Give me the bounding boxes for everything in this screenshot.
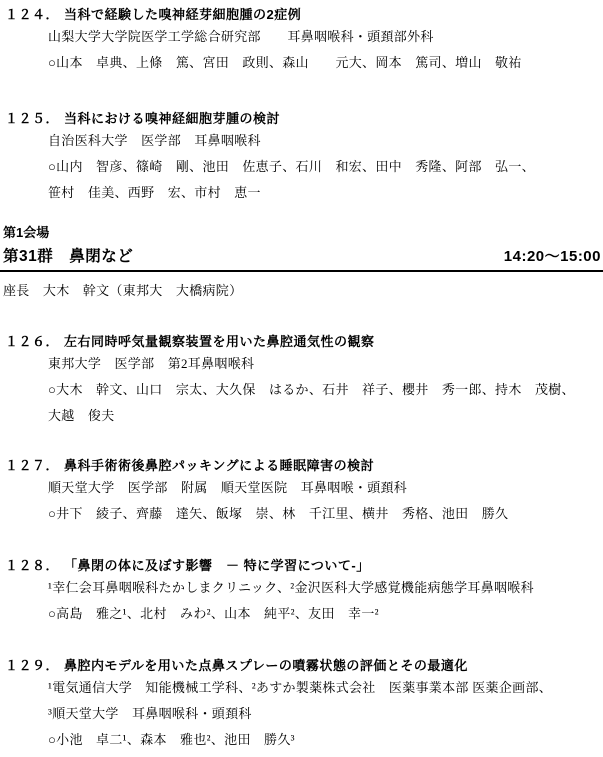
entry-title: 当科における嗅神経細胞芽腫の検討 — [64, 108, 280, 127]
entry-authors-line2: 大越 俊夫 — [0, 403, 603, 429]
entry-authors-line1: ○大木 幹文、山口 宗太、大久保 はるか、石井 祥子、櫻井 秀一郎、持木 茂樹、 — [0, 377, 603, 403]
entry-title: 「鼻閉の体に及ぼす影響 － 特に学習について-」 — [64, 555, 370, 574]
entry-affiliation: 山梨大学大学院医学工学総合研究部 耳鼻咽喉科・頭頚部外科 — [0, 24, 603, 50]
entry-number: １２９． — [5, 655, 59, 674]
entry-title: 鼻腔内モデルを用いた点鼻スプレーの噴霧状態の評価とその最適化 — [64, 655, 468, 674]
entry-127: １２７． 鼻科手術術後鼻腔パッキングによる睡眠障害の検討 順天堂大学 医学部 附… — [0, 455, 603, 527]
entry-128: １２８． 「鼻閉の体に及ぼす影響 － 特に学習について-」 ¹幸仁会耳鼻咽喉科た… — [0, 555, 603, 627]
entry-authors-line2: 笹村 佳美、西野 宏、市村 恵一 — [0, 180, 603, 206]
entry-number: １２６． — [5, 331, 59, 350]
entry-title-row: １２５． 当科における嗅神経細胞芽腫の検討 — [0, 108, 603, 128]
entry-title-row: １２４． 当科で経験した嗅神経芽細胞腫の2症例 — [0, 4, 603, 24]
entry-number: １２７． — [5, 455, 59, 474]
entry-authors: ○小池 卓二¹、森本 雅也²、池田 勝久³ — [0, 727, 603, 753]
session-group-row: 第31群 鼻閉など 14:20～15:00 — [0, 244, 603, 272]
session-header: 第1会場 第31群 鼻閉など 14:20～15:00 座長 大木 幹文（東邦大 … — [0, 222, 603, 299]
session-venue: 第1会場 — [0, 222, 603, 244]
entry-affiliation: 東邦大学 医学部 第2耳鼻咽喉科 — [0, 351, 603, 377]
entry-125: １２５． 当科における嗅神経細胞芽腫の検討 自治医科大学 医学部 耳鼻咽喉科 ○… — [0, 108, 603, 206]
entry-authors: ○山本 卓典、上條 篤、宮田 政則、森山 元大、岡本 篤司、増山 敬祐 — [0, 50, 603, 76]
entry-affiliation: ¹幸仁会耳鼻咽喉科たかしまクリニック、²金沢医科大学感覚機能病態学耳鼻咽喉科 — [0, 575, 603, 601]
entry-126: １２６． 左右同時呼気量観察装置を用いた鼻腔通気性の観察 東邦大学 医学部 第2… — [0, 331, 603, 429]
entry-title-row: １２７． 鼻科手術術後鼻腔パッキングによる睡眠障害の検討 — [0, 455, 603, 475]
session-chair: 座長 大木 幹文（東邦大 大橋病院） — [0, 280, 603, 299]
entry-authors-line1: ○山内 智彦、篠崎 剛、池田 佐恵子、石川 和宏、田中 秀隆、阿部 弘一、 — [0, 154, 603, 180]
entry-title-row: １２９． 鼻腔内モデルを用いた点鼻スプレーの噴霧状態の評価とその最適化 — [0, 655, 603, 675]
entry-title: 鼻科手術術後鼻腔パッキングによる睡眠障害の検討 — [64, 455, 374, 474]
entry-affiliation-line2: ³順天堂大学 耳鼻咽喉科・頭頚科 — [0, 701, 603, 727]
entry-129: １２９． 鼻腔内モデルを用いた点鼻スプレーの噴霧状態の評価とその最適化 ¹電気通… — [0, 655, 603, 753]
session-time: 14:20～15:00 — [504, 245, 601, 266]
entry-affiliation: 順天堂大学 医学部 附属 順天堂医院 耳鼻咽喉・頭頚科 — [0, 475, 603, 501]
entry-affiliation: 自治医科大学 医学部 耳鼻咽喉科 — [0, 128, 603, 154]
conference-program-page: { "document": { "session": { "venue": "第… — [0, 0, 603, 757]
entry-authors: ○井下 綾子、齊藤 達矢、飯塚 崇、林 千江里、横井 秀格、池田 勝久 — [0, 501, 603, 527]
entry-title-row: １２６． 左右同時呼気量観察装置を用いた鼻腔通気性の観察 — [0, 331, 603, 351]
entry-affiliation-line1: ¹電気通信大学 知能機械工学科、²あすか製薬株式会社 医薬事業本部 医薬企画部、 — [0, 675, 603, 701]
entry-authors: ○高島 雅之¹、北村 みわ²、山本 純平²、友田 幸一² — [0, 601, 603, 627]
entry-title: 当科で経験した嗅神経芽細胞腫の2症例 — [64, 4, 301, 23]
entry-title: 左右同時呼気量観察装置を用いた鼻腔通気性の観察 — [64, 331, 375, 350]
entry-title-row: １２８． 「鼻閉の体に及ぼす影響 － 特に学習について-」 — [0, 555, 603, 575]
entry-number: １２４． — [5, 4, 59, 23]
session-group-label: 第31群 鼻閉など — [3, 244, 133, 266]
entry-number: １２５． — [5, 108, 59, 127]
entry-124: １２４． 当科で経験した嗅神経芽細胞腫の2症例 山梨大学大学院医学工学総合研究部… — [0, 4, 603, 76]
entry-number: １２８． — [5, 555, 59, 574]
